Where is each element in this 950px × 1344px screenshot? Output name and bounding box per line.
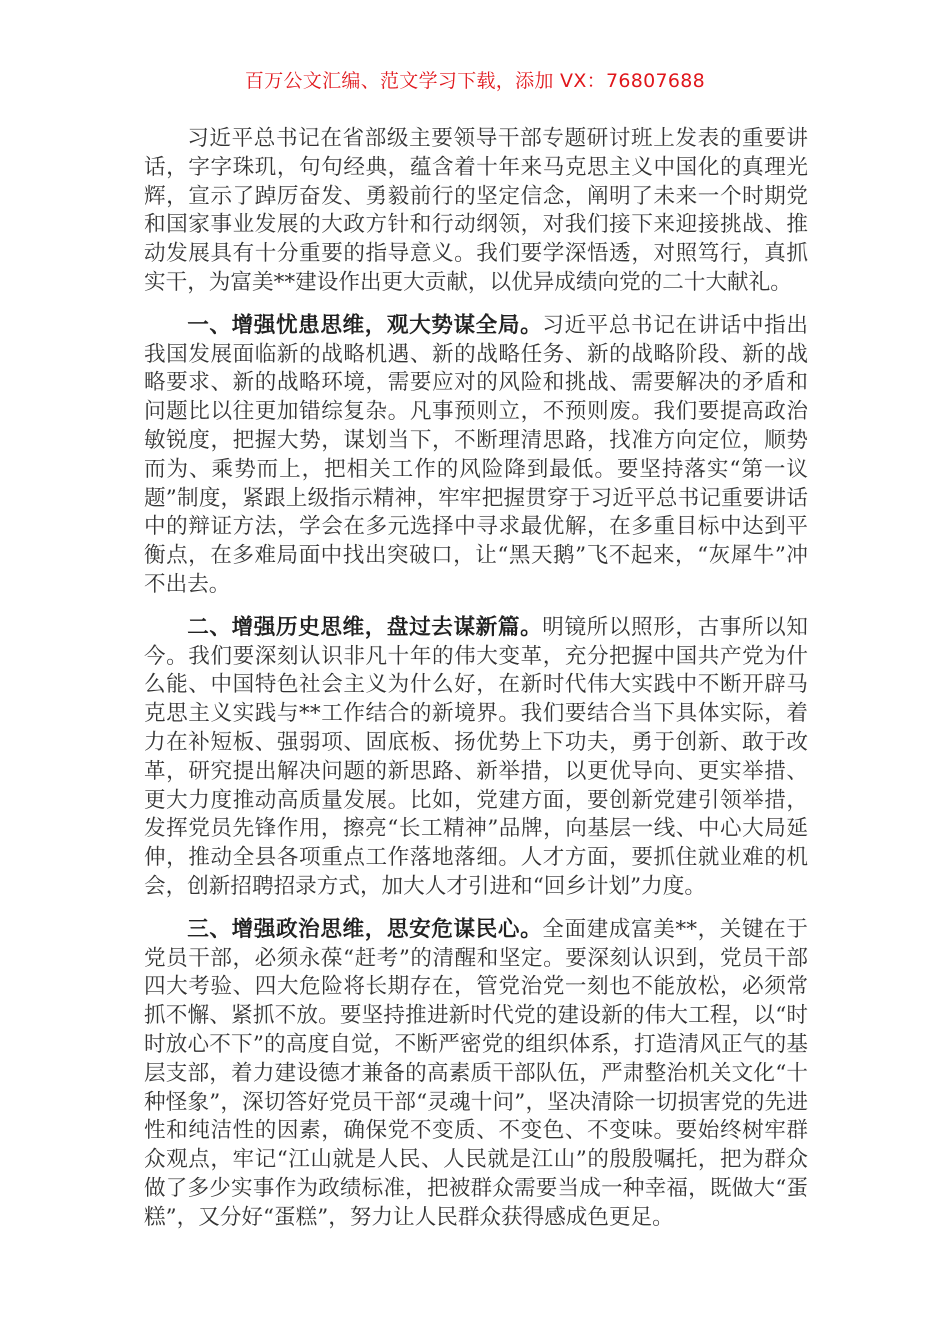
document-body: 习近平总书记在省部级主要领导干部专题研讨班上发表的重要讲话，字字珠玑，句句经典，… xyxy=(144,125,808,1246)
section-3-heading: 三、增强政治思维，思安危谋民心。 xyxy=(187,917,542,942)
section-1-paragraph: 一、增强忧患思维，观大势谋全局。习近平总书记在讲话中指出我国发展面临新的战略机遇… xyxy=(144,312,808,600)
section-2-heading: 二、增强历史思维，盘过去谋新篇。 xyxy=(187,615,542,640)
paragraph-text: 全面建成富美**，关键在于党员干部，必须永葆“赶考”的清醒和坚定。要深刻认识到，… xyxy=(144,917,808,1230)
section-3-paragraph: 三、增强政治思维，思安危谋民心。全面建成富美**，关键在于党员干部，必须永葆“赶… xyxy=(144,916,808,1233)
paragraph-text: 习近平总书记在讲话中指出我国发展面临新的战略机遇、新的战略任务、新的战略阶段、新… xyxy=(144,313,808,597)
section-2-paragraph: 二、增强历史思维，盘过去谋新篇。明镜所以照形，古事所以知今。我们要深刻认识非凡十… xyxy=(144,614,808,902)
paragraph-text: 明镜所以照形，古事所以知今。我们要深刻认识非凡十年的伟大变革，充分把握中国共产党… xyxy=(144,615,808,899)
watermark-banner: 百万公文汇编、范文学习下载，添加 VX：76807688 xyxy=(0,66,950,93)
intro-paragraph: 习近平总书记在省部级主要领导干部专题研讨班上发表的重要讲话，字字珠玑，句句经典，… xyxy=(144,125,808,298)
section-1-heading: 一、增强忧患思维，观大势谋全局。 xyxy=(187,313,542,338)
paragraph-text: 习近平总书记在省部级主要领导干部专题研讨班上发表的重要讲话，字字珠玑，句句经典，… xyxy=(144,126,808,295)
